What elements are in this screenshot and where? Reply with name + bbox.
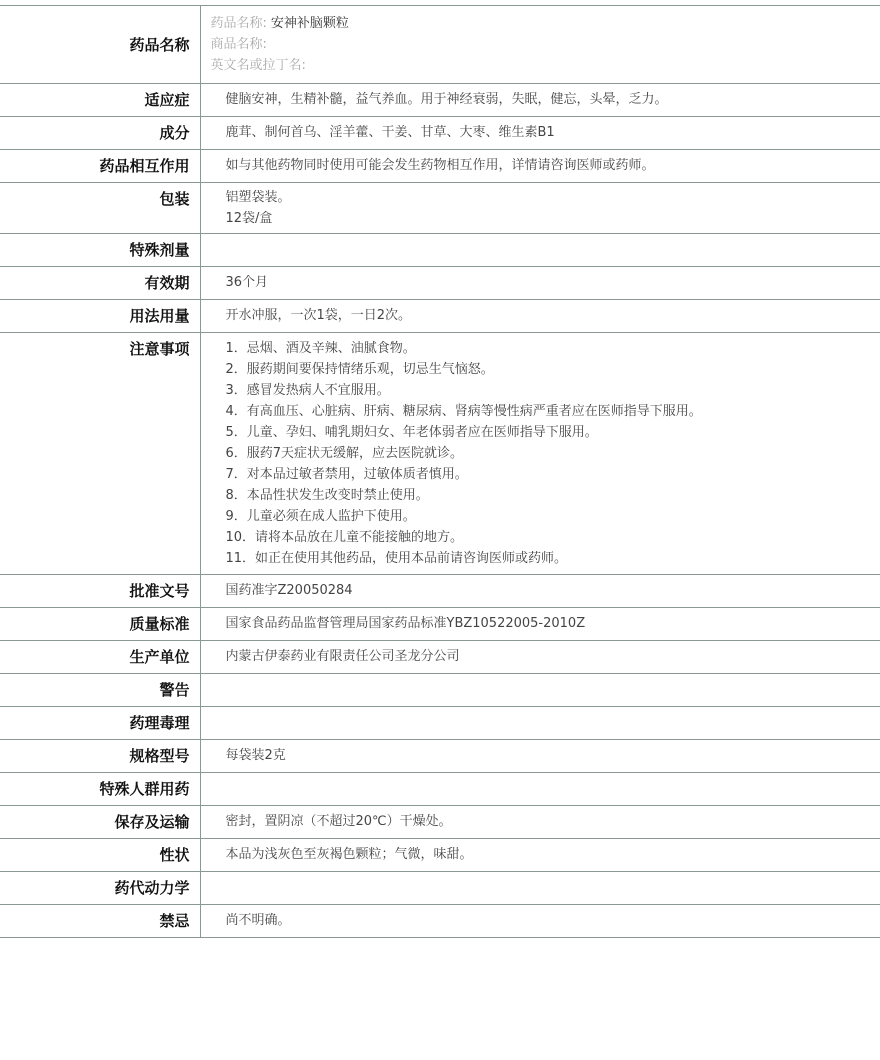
row-value: 国家食品药品监督管理局国家药品标准YBZ10522005-2010Z (200, 608, 880, 641)
row-label-text: 注意事项 (129, 340, 189, 358)
row-shelf-life: 有效期 36个月 (0, 267, 880, 300)
row-label: 批准文号 (0, 575, 200, 608)
row-value: 如与其他药物同时使用可能会发生药物相互作用，详情请咨询医师或药师。 (200, 150, 880, 183)
row-value (200, 773, 880, 806)
packaging-line: 铝塑袋装。 (226, 187, 880, 208)
row-label: 包装 (0, 183, 200, 234)
row-value: 尚不明确。 (200, 905, 880, 938)
precaution-item: 4．有高血压、心脏病、肝病、糖尿病、肾病等慢性病严重者应在医师指导下服用。 (226, 401, 880, 422)
row-value: 鹿茸、制何首乌、淫羊藿、干姜、甘草、大枣、维生素B1 (200, 117, 880, 150)
row-label: 警告 (0, 674, 200, 707)
row-pharmacokinetics: 药代动力学 (0, 872, 880, 905)
row-value: 国药准字Z20050284 (200, 575, 880, 608)
row-label: 注意事项 (0, 333, 200, 575)
row-approval-number: 批准文号 国药准字Z20050284 (0, 575, 880, 608)
precaution-item: 6．服药7天症状无缓解，应去医院就诊。 (226, 443, 880, 464)
row-pharmacology-toxicology: 药理毒理 (0, 707, 880, 740)
precaution-item: 9．儿童必须在成人监护下使用。 (226, 506, 880, 527)
row-label: 用法用量 (0, 300, 200, 333)
row-precautions: 注意事项 1．忌烟、酒及辛辣、油腻食物。 2．服药期间要保持情绪乐观，切忌生气恼… (0, 333, 880, 575)
row-label: 药品名称 (0, 6, 200, 84)
row-value (200, 707, 880, 740)
precautions-list: 1．忌烟、酒及辛辣、油腻食物。 2．服药期间要保持情绪乐观，切忌生气恼怒。 3．… (200, 333, 880, 575)
row-drug-name: 药品名称 药品名称:安神补脑颗粒 商品名称: 英文名或拉丁名: (0, 6, 880, 84)
generic-name-value: 安神补脑颗粒 (271, 16, 349, 31)
row-indications: 适应症 健脑安神，生精补髓，益气养血。用于神经衰弱，失眠，健忘，头晕，乏力。 (0, 84, 880, 117)
precaution-item: 3．感冒发热病人不宜服用。 (226, 380, 880, 401)
row-value: 本品为浅灰色至灰褐色颗粒；气微，味甜。 (200, 839, 880, 872)
row-label: 成分 (0, 117, 200, 150)
row-warning: 警告 (0, 674, 880, 707)
row-value: 健脑安神，生精补髓，益气养血。用于神经衰弱，失眠，健忘，头晕，乏力。 (200, 84, 880, 117)
english-name-line: 英文名或拉丁名: (211, 55, 880, 76)
row-label: 有效期 (0, 267, 200, 300)
precaution-item: 10．请将本品放在儿童不能接触的地方。 (226, 527, 880, 548)
row-label: 药代动力学 (0, 872, 200, 905)
row-value: 36个月 (200, 267, 880, 300)
row-label: 性状 (0, 839, 200, 872)
trade-name-line: 商品名称: (211, 34, 880, 55)
row-label-text: 包装 (159, 190, 189, 208)
row-value: 每袋装2克 (200, 740, 880, 773)
precaution-item: 1．忌烟、酒及辛辣、油腻食物。 (226, 338, 880, 359)
row-label: 规格型号 (0, 740, 200, 773)
row-special-populations: 特殊人群用药 (0, 773, 880, 806)
generic-name-label: 药品名称: (211, 16, 267, 31)
row-label: 药品相互作用 (0, 150, 200, 183)
row-label: 质量标准 (0, 608, 200, 641)
row-label: 药理毒理 (0, 707, 200, 740)
precaution-item: 2．服药期间要保持情绪乐观，切忌生气恼怒。 (226, 359, 880, 380)
row-usage: 用法用量 开水冲服，一次1袋，一日2次。 (0, 300, 880, 333)
row-value (200, 234, 880, 267)
row-value (200, 872, 880, 905)
packaging-line: 12袋/盒 (226, 208, 880, 229)
precaution-item: 5．儿童、孕妇、哺乳期妇女、年老体弱者应在医师指导下服用。 (226, 422, 880, 443)
row-storage-transport: 保存及运输 密封，置阴凉（不超过20℃）干燥处。 (0, 806, 880, 839)
english-name-label: 英文名或拉丁名: (211, 58, 306, 73)
row-value: 开水冲服，一次1袋，一日2次。 (200, 300, 880, 333)
row-label: 禁忌 (0, 905, 200, 938)
row-value (200, 674, 880, 707)
row-quality-standard: 质量标准 国家食品药品监督管理局国家药品标准YBZ10522005-2010Z (0, 608, 880, 641)
row-label: 适应症 (0, 84, 200, 117)
precaution-item: 7．对本品过敏者禁用，过敏体质者慎用。 (226, 464, 880, 485)
row-label: 特殊人群用药 (0, 773, 200, 806)
trade-name-label: 商品名称: (211, 37, 267, 52)
drug-name-values: 药品名称:安神补脑颗粒 商品名称: 英文名或拉丁名: (200, 6, 880, 84)
row-label: 特殊剂量 (0, 234, 200, 267)
row-description: 性状 本品为浅灰色至灰褐色颗粒；气微，味甜。 (0, 839, 880, 872)
row-special-dosage: 特殊剂量 (0, 234, 880, 267)
row-value: 密封，置阴凉（不超过20℃）干燥处。 (200, 806, 880, 839)
row-packaging: 包装 铝塑袋装。 12袋/盒 (0, 183, 880, 234)
precaution-item: 8．本品性状发生改变时禁止使用。 (226, 485, 880, 506)
row-manufacturer: 生产单位 内蒙古伊泰药业有限责任公司圣龙分公司 (0, 641, 880, 674)
generic-name-line: 药品名称:安神补脑颗粒 (211, 13, 880, 34)
row-value: 铝塑袋装。 12袋/盒 (200, 183, 880, 234)
row-specification: 规格型号 每袋装2克 (0, 740, 880, 773)
precaution-item: 11．如正在使用其他药品，使用本品前请咨询医师或药师。 (226, 548, 880, 569)
drug-spec-table: 药品名称 药品名称:安神补脑颗粒 商品名称: 英文名或拉丁名: 适应症 健脑安神… (0, 5, 880, 938)
row-ingredients: 成分 鹿茸、制何首乌、淫羊藿、干姜、甘草、大枣、维生素B1 (0, 117, 880, 150)
row-label: 生产单位 (0, 641, 200, 674)
row-contraindications: 禁忌 尚不明确。 (0, 905, 880, 938)
row-value: 内蒙古伊泰药业有限责任公司圣龙分公司 (200, 641, 880, 674)
row-interactions: 药品相互作用 如与其他药物同时使用可能会发生药物相互作用，详情请咨询医师或药师。 (0, 150, 880, 183)
row-label: 保存及运输 (0, 806, 200, 839)
